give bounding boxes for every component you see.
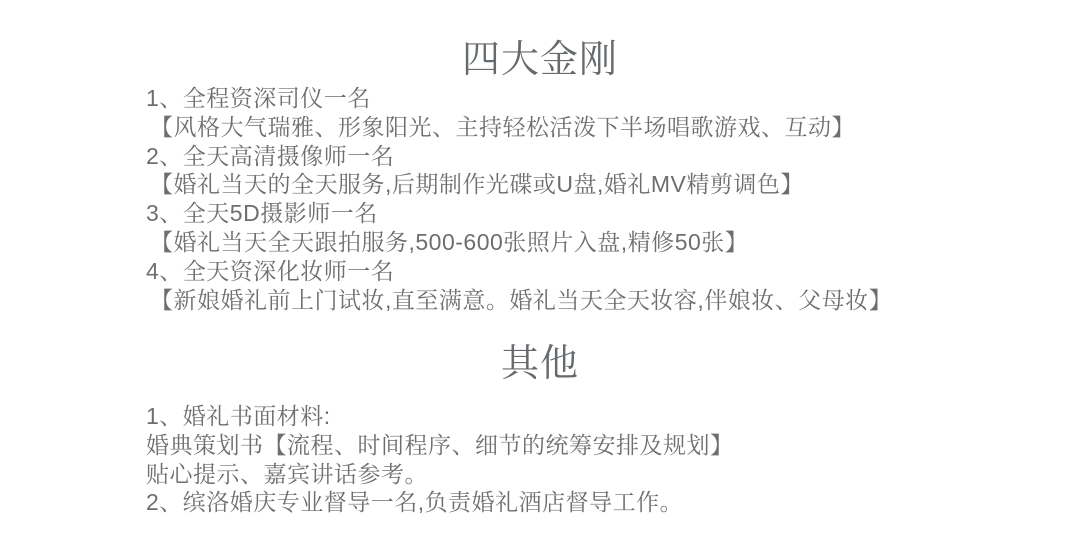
- section-four-vajras-body: 1、全程资深司仪一名 【风格大气瑞雅、形象阳光、主持轻松活泼下半场唱歌游戏、互动…: [146, 84, 892, 314]
- section-title-four-vajras: 四大金刚: [0, 28, 1080, 83]
- text-line: 【婚礼当天的全天服务,后期制作光碟或U盘,婚礼MV精剪调色】: [146, 170, 892, 199]
- section-other-body: 1、婚礼书面材料: 婚典策划书【流程、时间程序、细节的统筹安排及规划】 贴心提示…: [146, 402, 734, 517]
- document-page: 四大金刚 1、全程资深司仪一名 【风格大气瑞雅、形象阳光、主持轻松活泼下半场唱歌…: [0, 0, 1080, 550]
- text-line: 2、全天高清摄像师一名: [146, 142, 892, 171]
- section-title-other: 其他: [0, 332, 1080, 387]
- text-line: 1、全程资深司仪一名: [146, 84, 892, 113]
- text-line: 1、婚礼书面材料:: [146, 402, 734, 431]
- text-line: 2、缤洛婚庆专业督导一名,负责婚礼酒店督导工作。: [146, 488, 734, 517]
- text-line: 【新娘婚礼前上门试妆,直至满意。婚礼当天全天妆容,伴娘妆、父母妆】: [146, 286, 892, 315]
- text-line: 4、全天资深化妆师一名: [146, 257, 892, 286]
- text-line: 3、全天5D摄影师一名: [146, 199, 892, 228]
- text-line: 【婚礼当天全天跟拍服务,500-600张照片入盘,精修50张】: [146, 228, 892, 257]
- text-line: 【风格大气瑞雅、形象阳光、主持轻松活泼下半场唱歌游戏、互动】: [146, 113, 892, 142]
- text-line: 婚典策划书【流程、时间程序、细节的统筹安排及规划】: [146, 431, 734, 460]
- text-line: 贴心提示、嘉宾讲话参考。: [146, 460, 734, 489]
